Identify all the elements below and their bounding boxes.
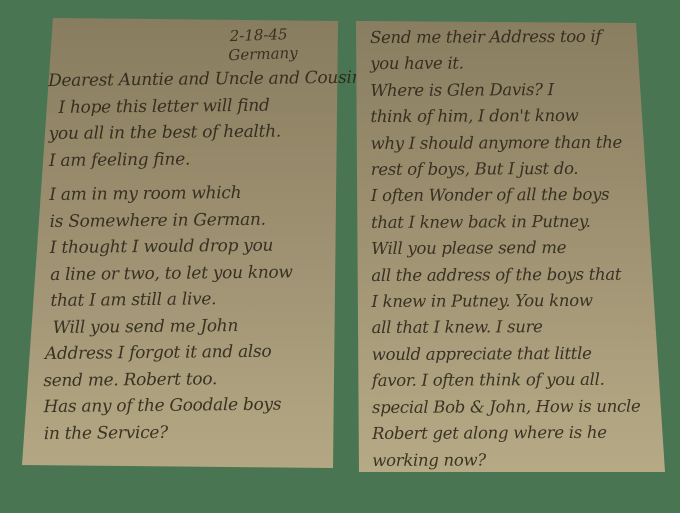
letter-page-2: Send me their Address too if you have it… [0,0,680,513]
handwritten-line: rest of boys, But I just do. [371,156,640,184]
handwritten-line: Will you please send me [371,235,640,263]
handwritten-line: favor. I often think of you all. [372,367,641,395]
letter-body-right: Send me their Address too if you have it… [370,24,641,474]
handwritten-line: Robert get along where is he [372,420,641,448]
handwritten-line: that I knew back in Putney. [371,208,640,236]
handwritten-line: Send me their Address too if [370,24,639,52]
handwritten-line: think of him, I don't know [370,103,639,131]
handwritten-line: working now? [372,446,641,474]
handwritten-line: Where is Glen Davis? I [370,76,639,104]
handwritten-line: all that I knew. I sure [372,314,641,342]
handwritten-line: I knew in Putney. You know [371,288,640,316]
handwritten-line: you have it. [370,50,639,78]
handwritten-line: would appreciate that little [372,340,641,368]
handwritten-line: all the address of the boys that [371,261,640,289]
handwritten-line: I often Wonder of all the boys [371,182,640,210]
handwritten-line: special Bob & John, How is uncle [372,393,641,421]
handwritten-line: why I should anymore than the [371,129,640,157]
